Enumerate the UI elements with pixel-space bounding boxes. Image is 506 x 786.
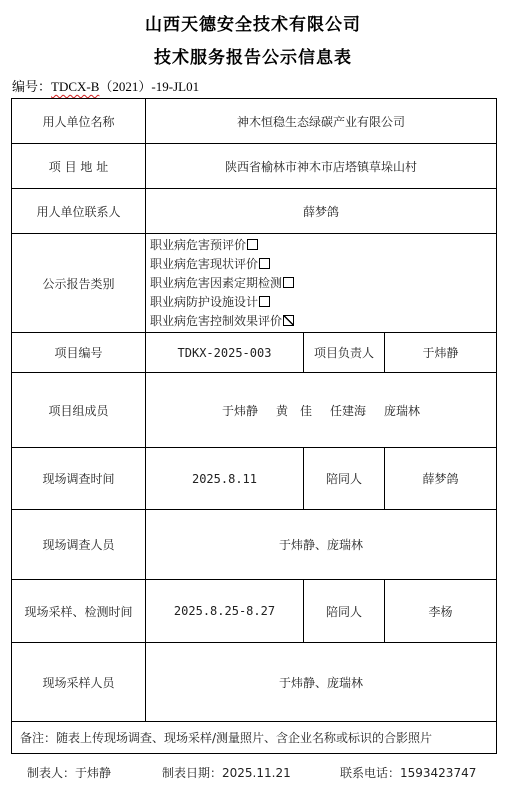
sampling-escort-label: 陪同人 — [304, 580, 385, 643]
checkbox-checked-icon[interactable] — [283, 315, 294, 326]
row-employer-contact: 用人单位联系人 薛梦鸽 — [12, 189, 497, 234]
checkbox-unchecked-icon[interactable] — [283, 277, 294, 288]
team-member: 庞瑞林 — [384, 402, 420, 419]
survey-escort-label: 陪同人 — [304, 448, 385, 510]
row-survey-time: 现场调查时间 2025.8.11 陪同人 薛梦鸽 — [12, 448, 497, 510]
info-table: 用人单位名称 神木恒稳生态绿碳产业有限公司 项 目 地 址 陕西省榆林市神木市店… — [11, 98, 497, 754]
project-no-label: 项目编号 — [12, 333, 146, 373]
project-address-value: 陕西省榆林市神木市店塔镇草垛山村 — [146, 144, 497, 189]
survey-staff-label: 现场调查人员 — [12, 510, 146, 580]
team-members-label: 项目组成员 — [12, 373, 146, 448]
checkbox-unchecked-icon[interactable] — [259, 296, 270, 307]
company-name: 山西天德安全技术有限公司 — [0, 10, 506, 35]
employer-contact-value: 薛梦鸽 — [146, 189, 497, 234]
form-title: 技术服务报告公示信息表 — [0, 43, 506, 68]
sampling-staff-label: 现场采样人员 — [12, 643, 146, 722]
row-report-category: 公示报告类别 职业病危害预评价 职业病危害现状评价 职业病危害因素定期检测 职业… — [12, 234, 497, 333]
row-team-members: 项目组成员 于炜静黄 佳任建海庞瑞林 — [12, 373, 497, 448]
survey-time-value: 2025.8.11 — [146, 448, 304, 510]
row-employer-name: 用人单位名称 神木恒稳生态绿碳产业有限公司 — [12, 99, 497, 144]
preparer: 制表人：于炜静 — [27, 764, 111, 781]
category-item: 职业病危害现状评价 — [150, 255, 496, 274]
team-member: 于炜静 — [222, 402, 258, 419]
team-member: 任建海 — [330, 402, 366, 419]
category-item: 职业病危害控制效果评价 — [150, 312, 496, 331]
note-text: 备注：随表上传现场调查、现场采样/测量照片、含企业名称或标识的合影照片 — [12, 722, 497, 754]
checkbox-unchecked-icon[interactable] — [259, 258, 270, 269]
category-item: 职业病防护设施设计 — [150, 293, 496, 312]
project-lead-value: 于炜静 — [385, 333, 497, 373]
row-survey-staff: 现场调查人员 于炜静、庞瑞林 — [12, 510, 497, 580]
sampling-escort-value: 李杨 — [385, 580, 497, 643]
employer-name-label: 用人单位名称 — [12, 99, 146, 144]
report-category-label: 公示报告类别 — [12, 234, 146, 333]
survey-escort-value: 薛梦鸽 — [385, 448, 497, 510]
team-members-value: 于炜静黄 佳任建海庞瑞林 — [146, 373, 497, 448]
row-note: 备注：随表上传现场调查、现场采样/测量照片、含企业名称或标识的合影照片 — [12, 722, 497, 754]
document-code-prefix: TDCX-B — [51, 79, 99, 94]
survey-staff-value: 于炜静、庞瑞林 — [146, 510, 497, 580]
checkbox-unchecked-icon[interactable] — [247, 239, 258, 250]
prepared-date: 制表日期：2025.11.21 — [162, 764, 291, 781]
document-code-label: 编号： — [12, 80, 51, 95]
row-sampling-time: 现场采样、检测时间 2025.8.25-8.27 陪同人 李杨 — [12, 580, 497, 643]
document-code: 编号：TDCX-B（2021）-19-JL01 — [12, 76, 199, 95]
sampling-time-label: 现场采样、检测时间 — [12, 580, 146, 643]
category-item: 职业病危害预评价 — [150, 236, 496, 255]
row-project-address: 项 目 地 址 陕西省榆林市神木市店塔镇草垛山村 — [12, 144, 497, 189]
project-address-label: 项 目 地 址 — [12, 144, 146, 189]
employer-contact-label: 用人单位联系人 — [12, 189, 146, 234]
sampling-staff-value: 于炜静、庞瑞林 — [146, 643, 497, 722]
category-item: 职业病危害因素定期检测 — [150, 274, 496, 293]
report-category-list: 职业病危害预评价 职业病危害现状评价 职业病危害因素定期检测 职业病防护设施设计… — [146, 234, 497, 333]
sampling-time-value: 2025.8.25-8.27 — [146, 580, 304, 643]
document-code-suffix: （2021）-19-JL01 — [99, 79, 199, 94]
employer-name-value: 神木恒稳生态绿碳产业有限公司 — [146, 99, 497, 144]
team-member: 黄 佳 — [276, 402, 312, 419]
row-sampling-staff: 现场采样人员 于炜静、庞瑞林 — [12, 643, 497, 722]
contact-phone: 联系电话：1593423747 — [340, 764, 476, 781]
project-no-value: TDKX-2025-003 — [146, 333, 304, 373]
survey-time-label: 现场调查时间 — [12, 448, 146, 510]
project-lead-label: 项目负责人 — [304, 333, 385, 373]
row-project-no: 项目编号 TDKX-2025-003 项目负责人 于炜静 — [12, 333, 497, 373]
